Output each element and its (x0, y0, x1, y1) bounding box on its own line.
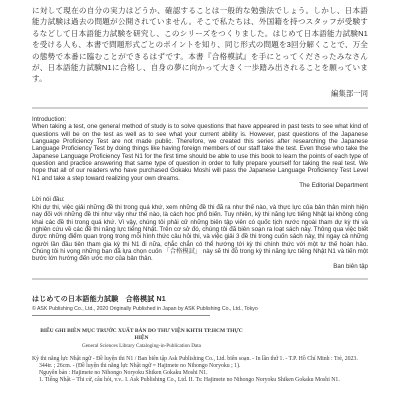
cip-entry-physical-description: 344tr. ; 26cm. - (Đề luyện thi năng lực … (32, 363, 368, 370)
cip-entry-subject-tracing: 1. Tiếng Nhật – Thi cử, câu hỏi, v.v.. I… (32, 377, 368, 384)
book-preface-page: { "page": { "japanese_section": { "body"… (0, 0, 400, 400)
cip-entry-original-title: Nguyên bản : Hajimete no Nihongo Noryoku… (32, 370, 368, 377)
vietnamese-preface-heading: Lời nói đầu: (32, 196, 368, 203)
colophon-rule (32, 315, 210, 316)
cip-entries: Kỳ thi năng lực Nhật ngữ - Đề luyện thi … (32, 356, 368, 384)
introduction-signature: The Editorial Department (32, 182, 368, 189)
cataloging-block: BIỂU GHI BIÊN MỤC TRƯỚC XUẤT BẢN DO THƯ … (32, 328, 368, 383)
introduction-body: When taking a test, one general method o… (32, 123, 368, 182)
japanese-preface-body: に対して現在の自分の実力はどうか、確認することは一般的な勉強法でしょう。しかし、… (32, 5, 368, 85)
cip-heading-english: General Sciences Library Cataloging-in-P… (34, 343, 249, 349)
japanese-preface-signature: 編集部一同 (32, 88, 368, 99)
copyright-line: © ASK Publishing Co., Ltd., 2020 Origina… (32, 306, 368, 312)
vietnamese-preface-signature: Ban biên tập (32, 263, 368, 270)
vietnamese-preface-body: Khi dự thi, việc giải những đề thi trong… (32, 204, 368, 263)
cip-entry-main: Kỳ thi năng lực Nhật ngữ - Đề luyện thi … (32, 356, 368, 363)
book-title: はじめての日本語能力試験 合格模試 N1 (32, 294, 368, 304)
introduction-heading: Introduction: (32, 116, 368, 123)
top-section-divider (32, 107, 368, 109)
cip-heading-vietnamese: BIỂU GHI BIÊN MỤC TRƯỚC XUẤT BẢN DO THƯ … (34, 328, 249, 341)
bottom-section-divider (32, 278, 368, 280)
